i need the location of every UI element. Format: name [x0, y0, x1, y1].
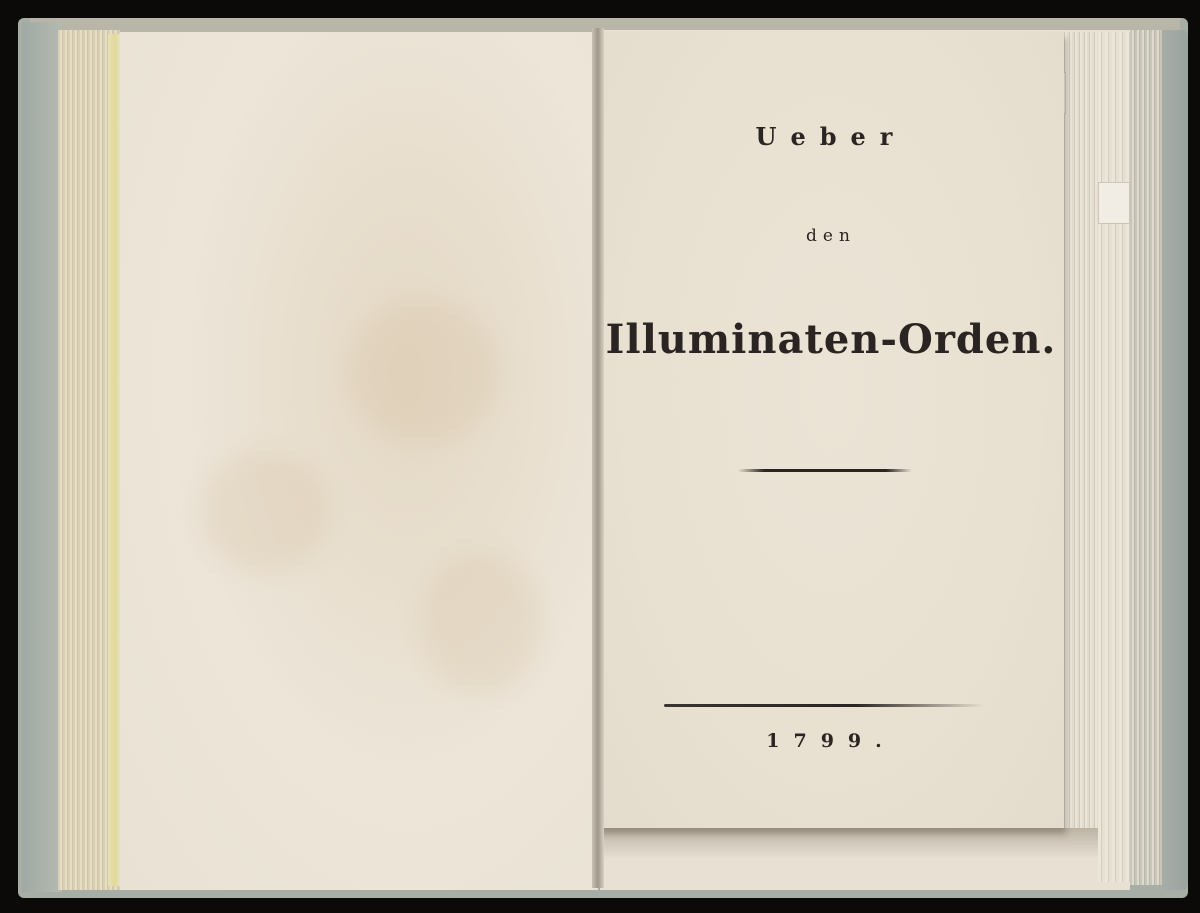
cover-right-edge: [1160, 30, 1188, 890]
cover-left-edge: [22, 22, 62, 892]
paper-tab: [1098, 182, 1130, 224]
main-title: Illuminaten-Orden.: [598, 316, 1064, 363]
page-bottom-strip: [600, 858, 1130, 890]
page-stain: [200, 452, 330, 572]
title-line-den: den: [598, 226, 1064, 246]
page-stain: [350, 302, 500, 442]
page-shadow: [600, 828, 1130, 858]
publication-year: 1799.: [598, 730, 1064, 752]
title-page: [598, 32, 1064, 828]
title-line-ueber: Ueber: [598, 122, 1064, 151]
right-page-block-edge: [1062, 32, 1098, 828]
decorative-rule-short: [738, 469, 912, 472]
right-page-block-edge-outer: [1130, 30, 1162, 885]
left-blank-page: [120, 32, 598, 890]
right-page-block-edge-middle: [1098, 32, 1130, 882]
book-gutter: [592, 28, 604, 888]
decorative-rule-long: [664, 704, 984, 707]
page-stain: [420, 552, 540, 692]
